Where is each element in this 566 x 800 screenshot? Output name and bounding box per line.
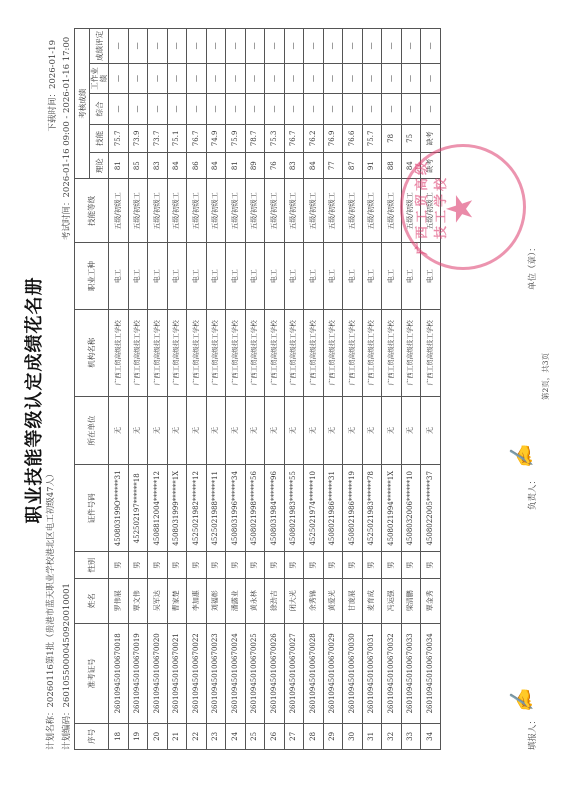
filler-signature: ✍ bbox=[508, 687, 537, 716]
cell-unit: 无 bbox=[284, 396, 304, 464]
cell-id-no: 4508031984******96 bbox=[265, 465, 285, 552]
roster-body: 18260109450100670018罗伟展男450803199O******… bbox=[109, 29, 441, 750]
table-row: 19260109450100670019覃文伟男452502197******1… bbox=[128, 29, 148, 750]
cell-name: 甘庞展 bbox=[343, 578, 363, 623]
cell-work-performance: — bbox=[148, 63, 168, 93]
cell-exam-no: 260109450100670030 bbox=[343, 623, 363, 723]
cell-evaluation: — bbox=[401, 29, 421, 64]
cell-name: 覃金秀 bbox=[421, 578, 441, 623]
cell-job: 电工 bbox=[304, 243, 324, 309]
cell-skill: 75.7 bbox=[362, 124, 382, 152]
cell-skill: 76.7 bbox=[284, 124, 304, 152]
header-comprehensive: 综合 bbox=[90, 94, 109, 124]
table-row: 27260109450100670027闭大光男4508021983******… bbox=[284, 29, 304, 750]
cell-org: 广西工贸高级技工学校 bbox=[206, 309, 226, 396]
cell-theory: 87 bbox=[343, 153, 363, 179]
cell-unit: 无 bbox=[265, 396, 285, 464]
header-name: 姓名 bbox=[75, 578, 109, 623]
table-row: 32260109450100670032冯运强男4508021994******… bbox=[382, 29, 402, 750]
cell-unit: 无 bbox=[148, 396, 168, 464]
star-icon: ★ bbox=[443, 193, 479, 225]
cell-exam-no: 260109450100670032 bbox=[382, 623, 402, 723]
cell-unit: 无 bbox=[362, 396, 382, 464]
table-row: 31260109450100670031麦育成男4525021983******… bbox=[362, 29, 382, 750]
cell-seq: 24 bbox=[226, 723, 246, 749]
cell-seq: 21 bbox=[167, 723, 187, 749]
cell-seq: 25 bbox=[245, 723, 265, 749]
table-row: 25260109450100670025黄永林男4508021998******… bbox=[245, 29, 265, 750]
cell-id-no: 4508022005******37 bbox=[421, 465, 441, 552]
table-row: 30260109450100670030甘庞展男4508021986******… bbox=[343, 29, 363, 750]
download-time-value: 2026-01-19 bbox=[48, 40, 58, 89]
cell-evaluation: — bbox=[265, 29, 285, 64]
plan-code-value: 26010550000450920010001 bbox=[62, 583, 72, 707]
cell-job: 电工 bbox=[167, 243, 187, 309]
exam-time: 考试时间：2026-01-16 09:00 - 2026-01-16 17:00 bbox=[60, 37, 72, 240]
cell-seq: 20 bbox=[148, 723, 168, 749]
unit-seal-label: 单位（章）： bbox=[526, 243, 538, 290]
cell-evaluation: — bbox=[187, 29, 207, 64]
cell-job: 电工 bbox=[343, 243, 363, 309]
cell-unit: 无 bbox=[421, 396, 441, 464]
header-job: 职业工种 bbox=[75, 243, 109, 309]
cell-theory: 81 bbox=[226, 153, 246, 179]
cell-unit: 无 bbox=[401, 396, 421, 464]
cell-level: 五级/初级工 bbox=[343, 179, 363, 243]
cell-job: 电工 bbox=[421, 243, 441, 309]
cell-exam-no: 260109450100670020 bbox=[148, 623, 168, 723]
cell-work-performance: — bbox=[362, 63, 382, 93]
cell-level: 五级/初级工 bbox=[323, 179, 343, 243]
cell-work-performance: — bbox=[187, 63, 207, 93]
cell-unit: 无 bbox=[343, 396, 363, 464]
cell-id-no: 4508021986******19 bbox=[343, 465, 363, 552]
cell-sex: 男 bbox=[343, 552, 363, 578]
cell-theory: 83 bbox=[284, 153, 304, 179]
cell-level: 五级/初级工 bbox=[187, 179, 207, 243]
header-level: 技能等级 bbox=[75, 179, 109, 243]
cell-evaluation: — bbox=[343, 29, 363, 64]
cell-comprehensive: — bbox=[148, 94, 168, 124]
page-info: 第2页，共3页 bbox=[540, 353, 551, 400]
cell-id-no: 4525021974******10 bbox=[304, 465, 324, 552]
exam-time-label: 考试时间： bbox=[62, 197, 72, 240]
header-exam-no: 准考证号 bbox=[75, 623, 109, 723]
cell-job: 电工 bbox=[323, 243, 343, 309]
cell-sex: 男 bbox=[382, 552, 402, 578]
cell-job: 电工 bbox=[362, 243, 382, 309]
cell-comprehensive: — bbox=[265, 94, 285, 124]
cell-id-no: 4508021986******31 bbox=[323, 465, 343, 552]
cell-comprehensive: — bbox=[128, 94, 148, 124]
cell-work-performance: — bbox=[206, 63, 226, 93]
cell-org: 广西工贸高级技工学校 bbox=[167, 309, 187, 396]
plan-code: 计划编码：26010550000450920010001 bbox=[60, 583, 72, 750]
table-row: 21260109450100670021曹家楚男4508031999******… bbox=[167, 29, 187, 750]
cell-id-no: 4508031996******34 bbox=[226, 465, 246, 552]
roster-page: 职业技能等级认定成绩花名册 计划名称：20260116第1批（贵港市蓝天职业学校… bbox=[0, 0, 566, 800]
cell-theory: 88 bbox=[382, 153, 402, 179]
cell-theory: 77 bbox=[323, 153, 343, 179]
cell-evaluation: — bbox=[128, 29, 148, 64]
cell-name: 李加惠 bbox=[187, 578, 207, 623]
header-scores-group: 考核成绩 bbox=[75, 29, 90, 179]
cell-exam-no: 260109450100670029 bbox=[323, 623, 343, 723]
cell-exam-no: 260109450100670027 bbox=[284, 623, 304, 723]
cell-evaluation: — bbox=[382, 29, 402, 64]
cell-unit: 无 bbox=[304, 396, 324, 464]
cell-theory: 89 bbox=[245, 153, 265, 179]
cell-id-no: 4525021982******12 bbox=[187, 465, 207, 552]
cell-theory: 81 bbox=[109, 153, 129, 179]
cell-unit: 无 bbox=[187, 396, 207, 464]
cell-id-no: 4508031999******1X bbox=[167, 465, 187, 552]
cell-org: 广西工贸高级技工学校 bbox=[128, 309, 148, 396]
cell-evaluation: — bbox=[284, 29, 304, 64]
cell-level: 五级/初级工 bbox=[304, 179, 324, 243]
plan-name-value: 20260116第1批（贵港市蓝天职业学校港北区电工初级47人） bbox=[46, 469, 56, 707]
plan-name: 计划名称：20260116第1批（贵港市蓝天职业学校港北区电工初级47人） bbox=[44, 469, 56, 750]
cell-skill: 缺考 bbox=[421, 124, 441, 152]
cell-job: 电工 bbox=[284, 243, 304, 309]
cell-evaluation: — bbox=[167, 29, 187, 64]
cell-name: 黄永林 bbox=[245, 578, 265, 623]
cell-org: 广西工贸高级技工学校 bbox=[245, 309, 265, 396]
cell-evaluation: — bbox=[362, 29, 382, 64]
cell-org: 广西工贸高级技工学校 bbox=[148, 309, 168, 396]
header-org: 机构名称 bbox=[75, 309, 109, 396]
cell-unit: 无 bbox=[382, 396, 402, 464]
table-row: 24260109450100670024潘露业男4508031996******… bbox=[226, 29, 246, 750]
cell-seq: 34 bbox=[421, 723, 441, 749]
cell-evaluation: — bbox=[109, 29, 129, 64]
cell-skill: 78 bbox=[382, 124, 402, 152]
cell-comprehensive: — bbox=[167, 94, 187, 124]
cell-comprehensive: — bbox=[304, 94, 324, 124]
cell-exam-no: 260109450100670034 bbox=[421, 623, 441, 723]
cell-evaluation: — bbox=[323, 29, 343, 64]
cell-theory: 84 bbox=[401, 153, 421, 179]
cell-work-performance: — bbox=[284, 63, 304, 93]
cell-id-no: 4508021998******56 bbox=[245, 465, 265, 552]
cell-id-no: 4508021994******1X bbox=[382, 465, 402, 552]
table-row: 22260109450100670022李加惠男4525021982******… bbox=[187, 29, 207, 750]
plan-code-label: 计划编码： bbox=[62, 707, 72, 750]
cell-exam-no: 260109450100670031 bbox=[362, 623, 382, 723]
cell-job: 电工 bbox=[226, 243, 246, 309]
cell-seq: 18 bbox=[109, 723, 129, 749]
cell-skill: 75.7 bbox=[109, 124, 129, 152]
responsible-label: 负责人： bbox=[526, 476, 538, 510]
cell-level: 五级/初级工 bbox=[421, 179, 441, 243]
cell-skill: 74.9 bbox=[206, 124, 226, 152]
cell-sex: 男 bbox=[148, 552, 168, 578]
cell-org: 广西工贸高级技工学校 bbox=[401, 309, 421, 396]
cell-name: 罗伟展 bbox=[109, 578, 129, 623]
cell-comprehensive: — bbox=[187, 94, 207, 124]
cell-name: 麦育成 bbox=[362, 578, 382, 623]
cell-theory: 85 bbox=[128, 153, 148, 179]
download-time-label: 下载时间： bbox=[48, 89, 58, 132]
header-unit: 所在单位 bbox=[75, 396, 109, 464]
cell-comprehensive: — bbox=[421, 94, 441, 124]
cell-sex: 男 bbox=[362, 552, 382, 578]
cell-name: 吴军达 bbox=[148, 578, 168, 623]
score-roster-table: 序号 准考证号 姓名 性别 证件号码 所在单位 机构名称 职业工种 技能等级 考… bbox=[74, 28, 441, 750]
cell-exam-no: 260109450100670033 bbox=[401, 623, 421, 723]
cell-work-performance: — bbox=[226, 63, 246, 93]
cell-seq: 23 bbox=[206, 723, 226, 749]
cell-level: 五级/初级工 bbox=[148, 179, 168, 243]
cell-exam-no: 260109450100670024 bbox=[226, 623, 246, 723]
cell-org: 广西工贸高级技工学校 bbox=[187, 309, 207, 396]
cell-level: 五级/初级工 bbox=[382, 179, 402, 243]
cell-skill: 76.9 bbox=[323, 124, 343, 152]
cell-skill: 76.6 bbox=[343, 124, 363, 152]
cell-level: 五级/初级工 bbox=[206, 179, 226, 243]
cell-unit: 无 bbox=[109, 396, 129, 464]
cell-work-performance: — bbox=[265, 63, 285, 93]
cell-name: 黄爱光 bbox=[323, 578, 343, 623]
cell-job: 电工 bbox=[109, 243, 129, 309]
cell-sex: 男 bbox=[401, 552, 421, 578]
cell-sex: 男 bbox=[265, 552, 285, 578]
cell-exam-no: 260109450100670023 bbox=[206, 623, 226, 723]
header-skill: 技能 bbox=[90, 124, 109, 152]
cell-unit: 无 bbox=[128, 396, 148, 464]
cell-job: 电工 bbox=[245, 243, 265, 309]
cell-comprehensive: — bbox=[245, 94, 265, 124]
cell-work-performance: — bbox=[167, 63, 187, 93]
cell-skill: 73.9 bbox=[128, 124, 148, 152]
cell-sex: 男 bbox=[304, 552, 324, 578]
cell-level: 五级/初级工 bbox=[167, 179, 187, 243]
cell-comprehensive: — bbox=[401, 94, 421, 124]
cell-id-no: 4525021988******11 bbox=[206, 465, 226, 552]
cell-seq: 30 bbox=[343, 723, 363, 749]
responsible-signature: ✍ bbox=[508, 443, 537, 472]
cell-job: 电工 bbox=[401, 243, 421, 309]
cell-evaluation: — bbox=[421, 29, 441, 64]
cell-job: 电工 bbox=[382, 243, 402, 309]
cell-skill: 76.2 bbox=[304, 124, 324, 152]
header-theory: 理论 bbox=[90, 153, 109, 179]
cell-work-performance: — bbox=[343, 63, 363, 93]
cell-name: 徐劲吉 bbox=[265, 578, 285, 623]
cell-name: 潘露业 bbox=[226, 578, 246, 623]
cell-org: 广西工贸高级技工学校 bbox=[343, 309, 363, 396]
cell-unit: 无 bbox=[323, 396, 343, 464]
cell-comprehensive: — bbox=[323, 94, 343, 124]
cell-skill: 75.1 bbox=[167, 124, 187, 152]
cell-work-performance: — bbox=[421, 63, 441, 93]
cell-skill: 75.9 bbox=[226, 124, 246, 152]
cell-work-performance: — bbox=[304, 63, 324, 93]
cell-level: 五级/初级工 bbox=[128, 179, 148, 243]
cell-org: 广西工贸高级技工学校 bbox=[284, 309, 304, 396]
cell-seq: 29 bbox=[323, 723, 343, 749]
cell-level: 五级/初级工 bbox=[401, 179, 421, 243]
cell-name: 曹家楚 bbox=[167, 578, 187, 623]
cell-exam-no: 260109450100670018 bbox=[109, 623, 129, 723]
cell-sex: 男 bbox=[245, 552, 265, 578]
table-row: 29260109450100670029黄爱光男4508021986******… bbox=[323, 29, 343, 750]
cell-theory: 91 bbox=[362, 153, 382, 179]
exam-time-value: 2026-01-16 09:00 - 2026-01-16 17:00 bbox=[62, 37, 72, 198]
table-row: 26260109450100670026徐劲吉男4508031984******… bbox=[265, 29, 285, 750]
download-time: 下载时间：2026-01-19 bbox=[46, 40, 58, 132]
cell-sex: 男 bbox=[421, 552, 441, 578]
header-work-performance: 工作业绩 bbox=[90, 63, 109, 93]
cell-job: 电工 bbox=[187, 243, 207, 309]
cell-name: 闭大光 bbox=[284, 578, 304, 623]
cell-seq: 33 bbox=[401, 723, 421, 749]
cell-sex: 男 bbox=[109, 552, 129, 578]
cell-org: 广西工贸高级技工学校 bbox=[323, 309, 343, 396]
cell-theory: 86 bbox=[187, 153, 207, 179]
table-row: 18260109450100670018罗伟展男450803199O******… bbox=[109, 29, 129, 750]
table-row: 28260109450100670028余秀锦男4525021974******… bbox=[304, 29, 324, 750]
cell-unit: 无 bbox=[245, 396, 265, 464]
cell-theory: 84 bbox=[167, 153, 187, 179]
cell-seq: 26 bbox=[265, 723, 285, 749]
cell-level: 五级/初级工 bbox=[265, 179, 285, 243]
cell-name: 覃文伟 bbox=[128, 578, 148, 623]
cell-level: 五级/初级工 bbox=[109, 179, 129, 243]
cell-evaluation: — bbox=[148, 29, 168, 64]
cell-job: 电工 bbox=[128, 243, 148, 309]
cell-exam-no: 260109450100670022 bbox=[187, 623, 207, 723]
cell-comprehensive: — bbox=[362, 94, 382, 124]
cell-unit: 无 bbox=[206, 396, 226, 464]
cell-sex: 男 bbox=[187, 552, 207, 578]
cell-id-no: 4508021983******55 bbox=[284, 465, 304, 552]
cell-id-no: 452502197******18 bbox=[128, 465, 148, 552]
header-id-no: 证件号码 bbox=[75, 465, 109, 552]
cell-theory: 83 bbox=[148, 153, 168, 179]
cell-work-performance: — bbox=[128, 63, 148, 93]
cell-work-performance: — bbox=[323, 63, 343, 93]
cell-skill: 76.7 bbox=[187, 124, 207, 152]
cell-skill: 78.7 bbox=[245, 124, 265, 152]
header-seq: 序号 bbox=[75, 723, 109, 749]
cell-work-performance: — bbox=[109, 63, 129, 93]
cell-org: 广西工贸高级技工学校 bbox=[421, 309, 441, 396]
cell-comprehensive: — bbox=[343, 94, 363, 124]
cell-id-no: 4508812004******12 bbox=[148, 465, 168, 552]
cell-seq: 31 bbox=[362, 723, 382, 749]
header-sex: 性别 bbox=[75, 552, 109, 578]
cell-theory: 84 bbox=[206, 153, 226, 179]
cell-org: 广西工贸高级技工学校 bbox=[382, 309, 402, 396]
cell-work-performance: — bbox=[245, 63, 265, 93]
cell-org: 广西工贸高级技工学校 bbox=[304, 309, 324, 396]
filler-label: 填报人： bbox=[526, 716, 538, 750]
cell-exam-no: 260109450100670028 bbox=[304, 623, 324, 723]
cell-sex: 男 bbox=[226, 552, 246, 578]
cell-id-no: 4508032006******10 bbox=[401, 465, 421, 552]
cell-job: 电工 bbox=[148, 243, 168, 309]
cell-level: 五级/初级工 bbox=[226, 179, 246, 243]
cell-seq: 32 bbox=[382, 723, 402, 749]
cell-exam-no: 260109450100670019 bbox=[128, 623, 148, 723]
cell-level: 五级/初级工 bbox=[284, 179, 304, 243]
cell-seq: 22 bbox=[187, 723, 207, 749]
cell-work-performance: — bbox=[401, 63, 421, 93]
cell-org: 广西工贸高级技工学校 bbox=[362, 309, 382, 396]
cell-theory: 缺考 bbox=[421, 153, 441, 179]
cell-exam-no: 260109450100670025 bbox=[245, 623, 265, 723]
cell-unit: 无 bbox=[167, 396, 187, 464]
cell-sex: 男 bbox=[167, 552, 187, 578]
cell-org: 广西工贸高级技工学校 bbox=[265, 309, 285, 396]
cell-level: 五级/初级工 bbox=[245, 179, 265, 243]
cell-comprehensive: — bbox=[382, 94, 402, 124]
cell-name: 余秀锦 bbox=[304, 578, 324, 623]
cell-theory: 76 bbox=[265, 153, 285, 179]
cell-seq: 28 bbox=[304, 723, 324, 749]
cell-skill: 75 bbox=[401, 124, 421, 152]
cell-sex: 男 bbox=[128, 552, 148, 578]
cell-sex: 男 bbox=[323, 552, 343, 578]
table-row: 34260109450100670034覃金秀男4508022005******… bbox=[421, 29, 441, 750]
cell-evaluation: — bbox=[206, 29, 226, 64]
cell-level: 五级/初级工 bbox=[362, 179, 382, 243]
cell-sex: 男 bbox=[284, 552, 304, 578]
page-title: 职业技能等级认定成绩花名册 bbox=[20, 0, 46, 800]
cell-id-no: 4525021983******78 bbox=[362, 465, 382, 552]
cell-exam-no: 260109450100670026 bbox=[265, 623, 285, 723]
cell-org: 广西工贸高级技工学校 bbox=[109, 309, 129, 396]
cell-job: 电工 bbox=[265, 243, 285, 309]
cell-unit: 无 bbox=[226, 396, 246, 464]
cell-name: 刘福彰 bbox=[206, 578, 226, 623]
cell-org: 广西工贸高级技工学校 bbox=[226, 309, 246, 396]
cell-comprehensive: — bbox=[206, 94, 226, 124]
cell-evaluation: — bbox=[226, 29, 246, 64]
cell-name: 冯运强 bbox=[382, 578, 402, 623]
cell-theory: 84 bbox=[304, 153, 324, 179]
cell-evaluation: — bbox=[245, 29, 265, 64]
cell-comprehensive: — bbox=[284, 94, 304, 124]
cell-exam-no: 260109450100670021 bbox=[167, 623, 187, 723]
header-evaluation: 成绩评定 bbox=[90, 29, 109, 64]
table-row: 23260109450100670023刘福彰男4525021988******… bbox=[206, 29, 226, 750]
cell-evaluation: — bbox=[304, 29, 324, 64]
cell-comprehensive: — bbox=[226, 94, 246, 124]
table-row: 20260109450100670020吴军达男4508812004******… bbox=[148, 29, 168, 750]
cell-skill: 73.7 bbox=[148, 124, 168, 152]
cell-skill: 75.3 bbox=[265, 124, 285, 152]
table-row: 33260109450100670033梁清鹏男4508032006******… bbox=[401, 29, 421, 750]
cell-id-no: 450803199O******31 bbox=[109, 465, 129, 552]
plan-name-label: 计划名称： bbox=[46, 707, 56, 750]
cell-seq: 27 bbox=[284, 723, 304, 749]
cell-name: 梁清鹏 bbox=[401, 578, 421, 623]
cell-seq: 19 bbox=[128, 723, 148, 749]
cell-job: 电工 bbox=[206, 243, 226, 309]
cell-comprehensive: — bbox=[109, 94, 129, 124]
cell-work-performance: — bbox=[382, 63, 402, 93]
cell-sex: 男 bbox=[206, 552, 226, 578]
